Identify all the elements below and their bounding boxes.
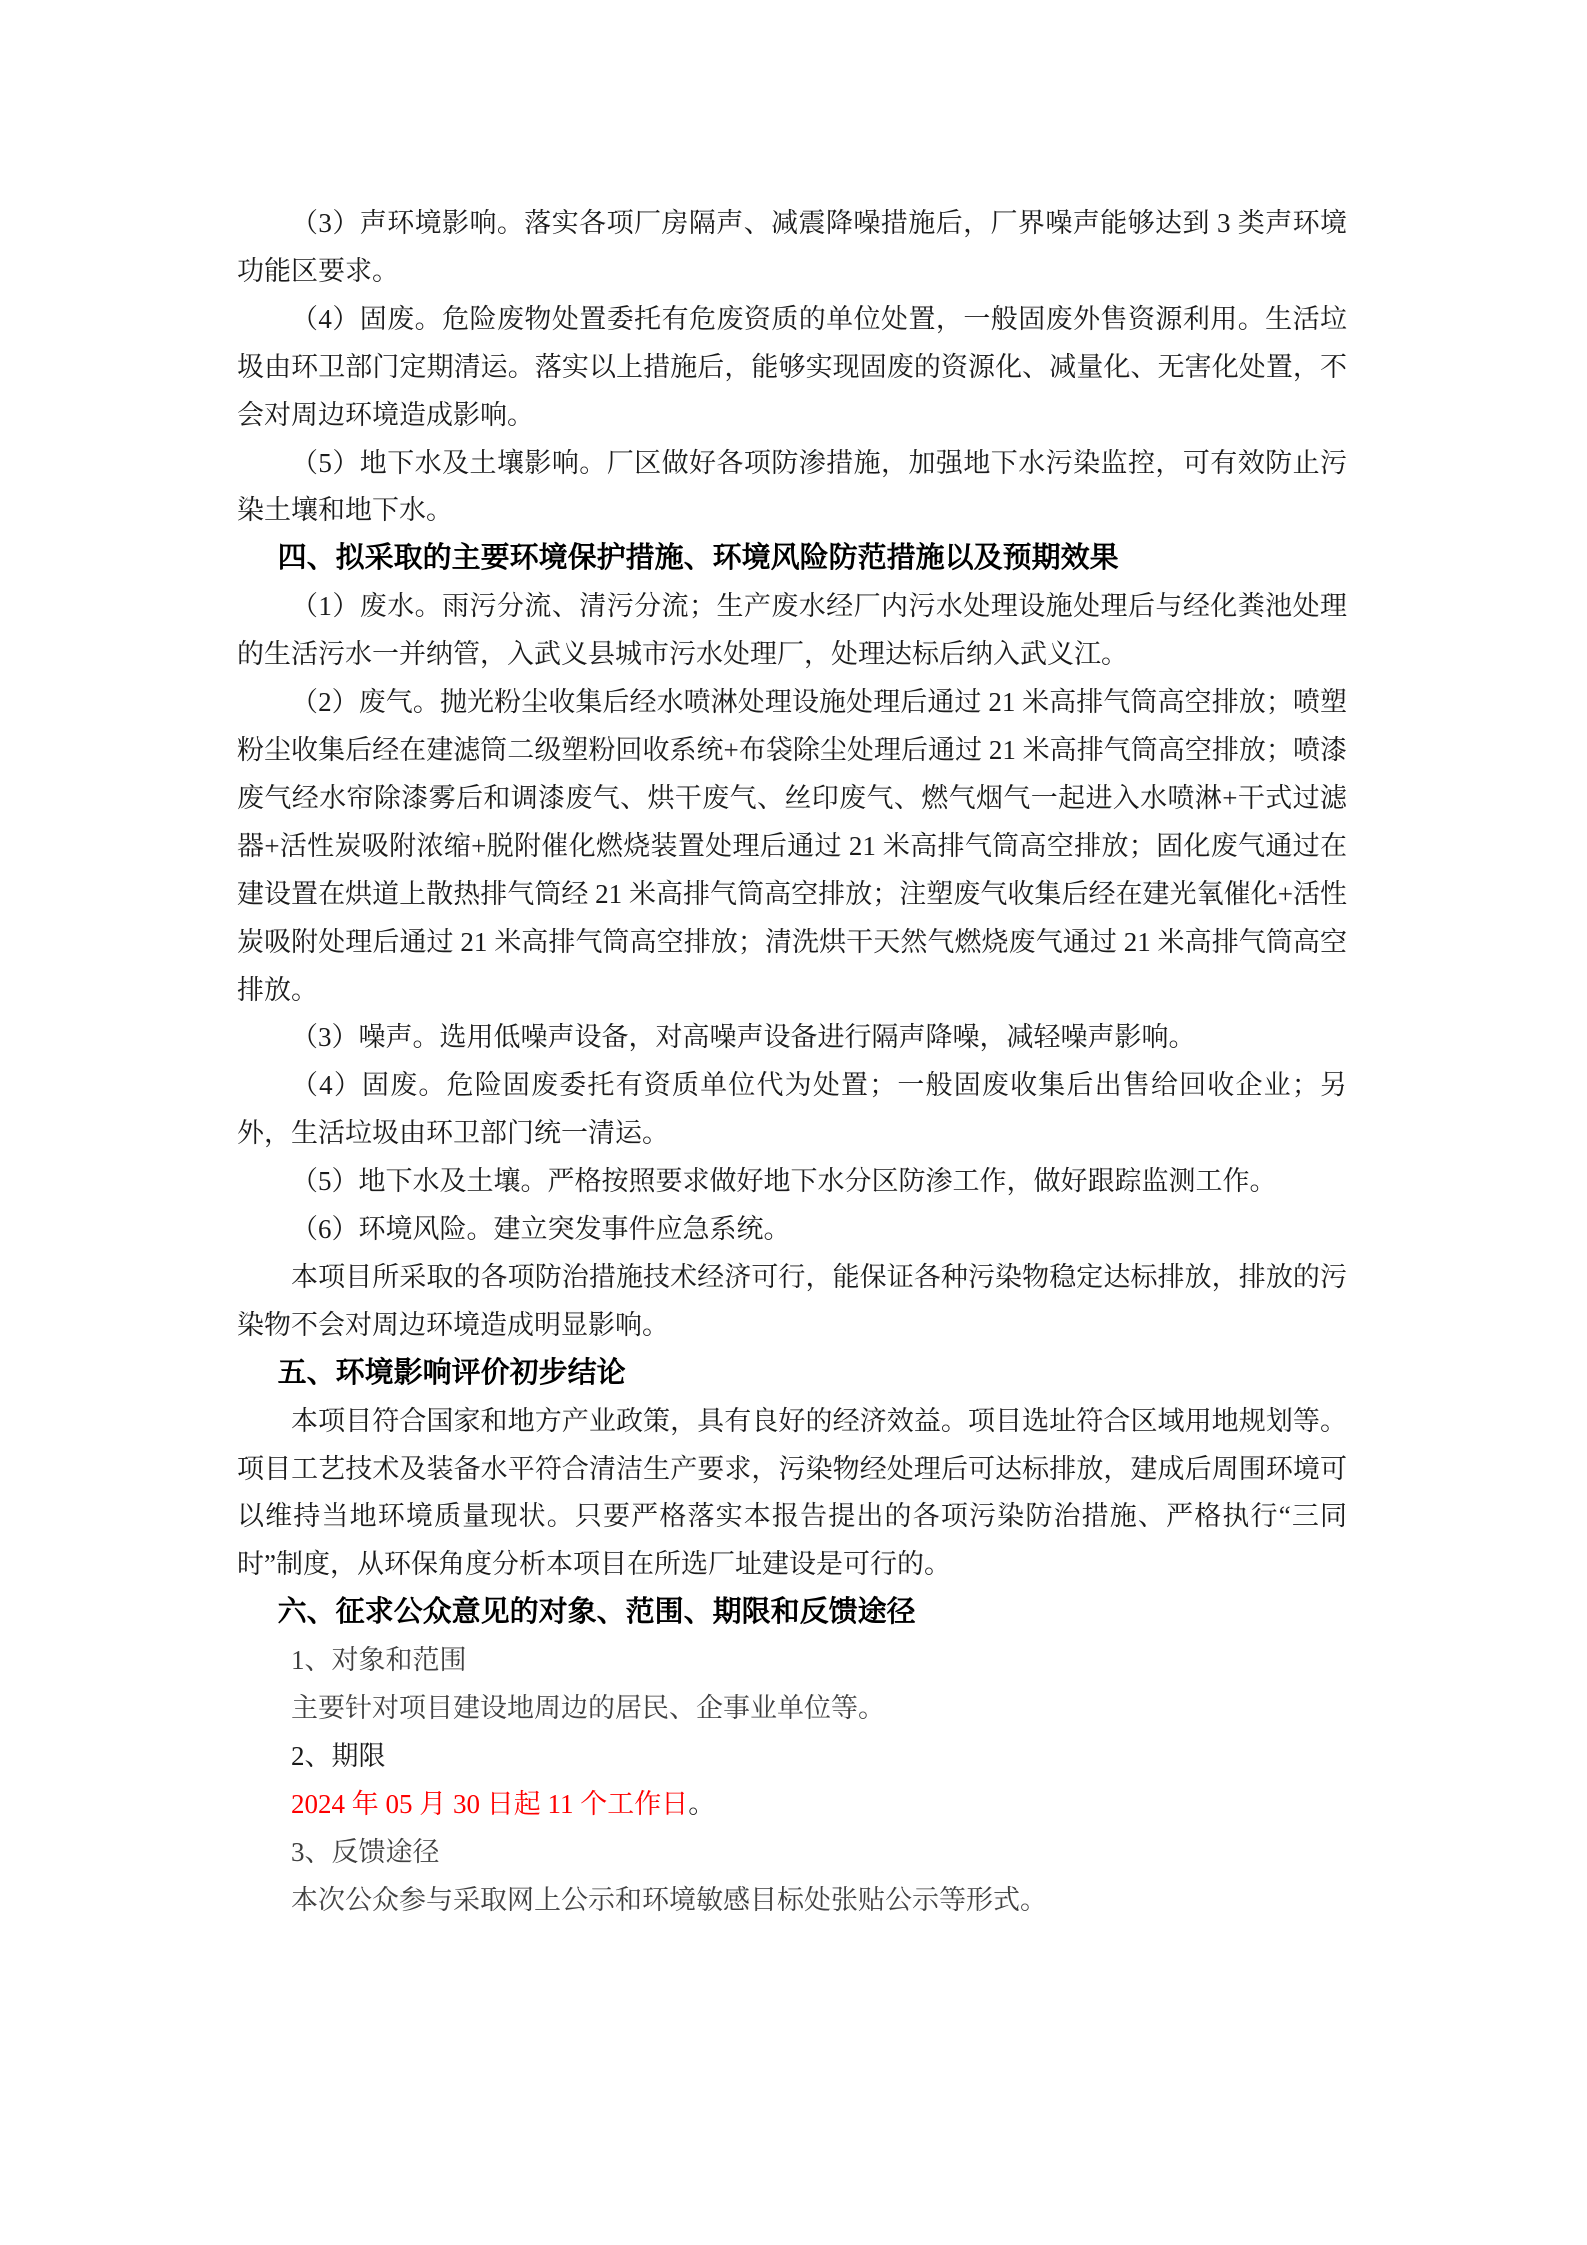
document-page: （3）声环境影响。落实各项厂房隔声、减震降噪措施后，厂界噪声能够达到 3 类声环… bbox=[0, 0, 1587, 2245]
paragraph: 本次公众参与采取网上公示和环境敏感目标处张贴公示等形式。 bbox=[237, 1877, 1347, 1925]
paragraph: （4）固废。危险废物处置委托有危废资质的单位处置，一般固废外售资源利用。生活垃圾… bbox=[237, 296, 1347, 440]
text-run: 。 bbox=[688, 1789, 715, 1819]
paragraph: 本项目符合国家和地方产业政策，具有良好的经济效益。项目选址符合区域用地规划等。项… bbox=[237, 1398, 1347, 1590]
paragraph: （5）地下水及土壤。严格按照要求做好地下水分区防渗工作，做好跟踪监测工作。 bbox=[237, 1158, 1347, 1206]
paragraph: （5）地下水及土壤影响。厂区做好各项防渗措施，加强地下水污染监控，可有效防止污染… bbox=[237, 440, 1347, 536]
paragraph: 3、反馈途径 bbox=[237, 1829, 1347, 1877]
document-content: （3）声环境影响。落实各项厂房隔声、减震降噪措施后，厂界噪声能够达到 3 类声环… bbox=[237, 200, 1347, 1925]
paragraph: （1）废水。雨污分流、清污分流；生产废水经厂内污水处理设施处理后与经化粪池处理的… bbox=[237, 583, 1347, 679]
section-heading: 四、拟采取的主要环境保护措施、环境风险防范措施以及预期效果 bbox=[237, 535, 1347, 583]
paragraph: （3）声环境影响。落实各项厂房隔声、减震降噪措施后，厂界噪声能够达到 3 类声环… bbox=[237, 200, 1347, 296]
paragraph: （2）废气。抛光粉尘收集后经水喷淋处理设施处理后通过 21 米高排气筒高空排放；… bbox=[237, 679, 1347, 1014]
paragraph: （6）环境风险。建立突发事件应急系统。 bbox=[237, 1206, 1347, 1254]
section-heading: 六、征求公众意见的对象、范围、期限和反馈途径 bbox=[237, 1589, 1347, 1637]
deadline-date-text: 2024 年 05 月 30 日起 11 个工作日 bbox=[291, 1789, 688, 1819]
paragraph: 2024 年 05 月 30 日起 11 个工作日。 bbox=[237, 1781, 1347, 1829]
paragraph: （4）固废。危险固废委托有资质单位代为处置；一般固废收集后出售给回收企业；另外，… bbox=[237, 1062, 1347, 1158]
paragraph: 本项目所采取的各项防治措施技术经济可行，能保证各种污染物稳定达标排放，排放的污染… bbox=[237, 1254, 1347, 1350]
paragraph: （3）噪声。选用低噪声设备，对高噪声设备进行隔声降噪，减轻噪声影响。 bbox=[237, 1014, 1347, 1062]
section-heading: 五、环境影响评价初步结论 bbox=[237, 1350, 1347, 1398]
paragraph: 2、期限 bbox=[237, 1733, 1347, 1781]
paragraph: 主要针对项目建设地周边的居民、企事业单位等。 bbox=[237, 1685, 1347, 1733]
paragraph: 1、对象和范围 bbox=[237, 1637, 1347, 1685]
